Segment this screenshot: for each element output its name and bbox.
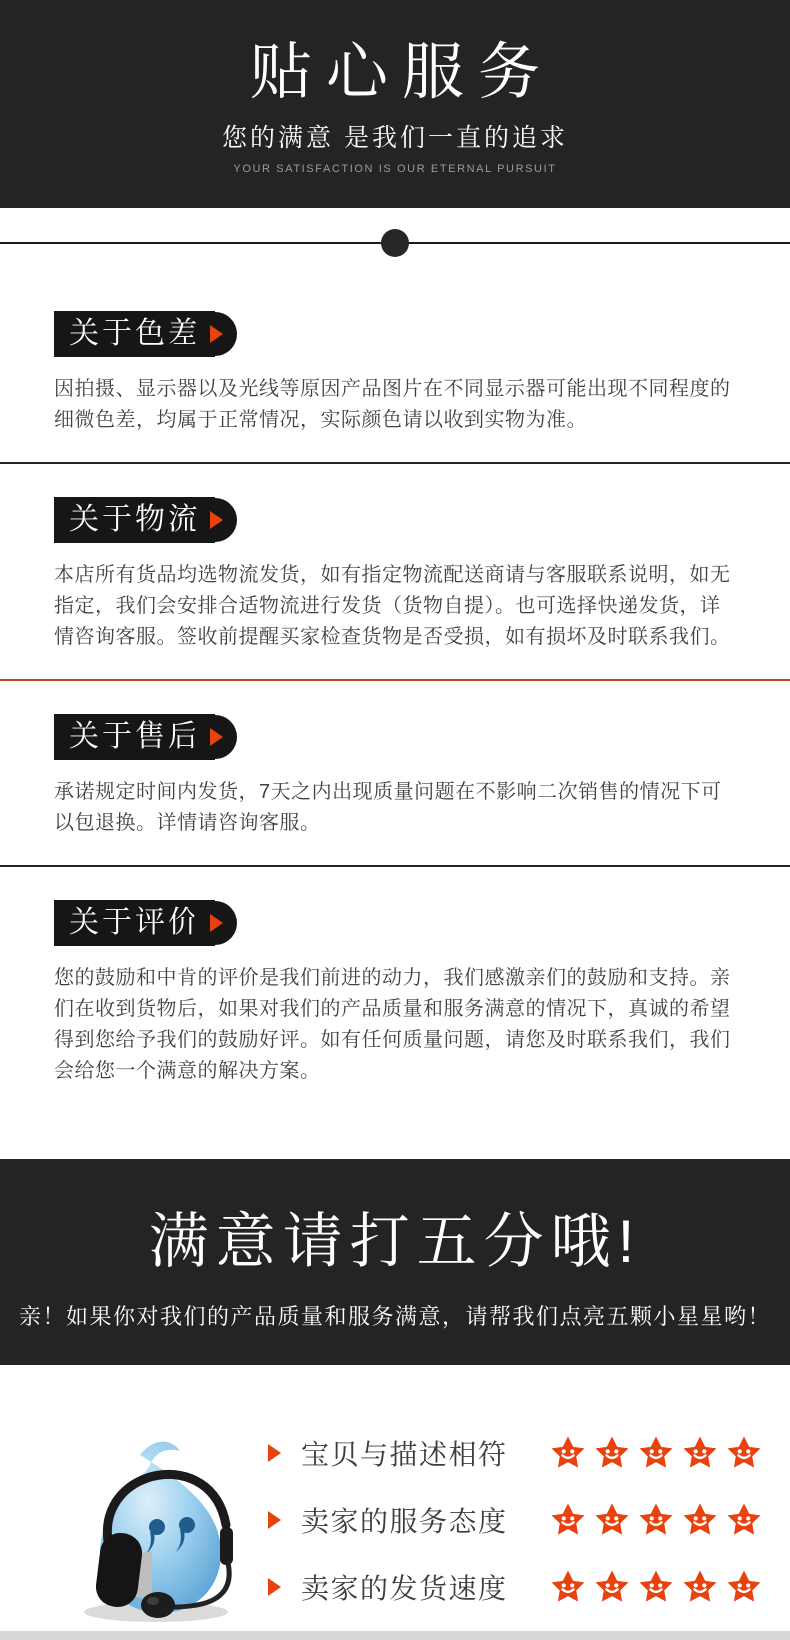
smiley-star-icon — [593, 1434, 631, 1472]
section-color-difference: 关于色差 因拍摄、显示器以及光线等原因产品图片在不同显示器可能出现不同程度的细微… — [0, 278, 790, 462]
play-arrow-icon — [210, 728, 223, 746]
section-badge: 关于售后 — [54, 714, 215, 760]
section-body-text: 本店所有货品均选物流发货，如有指定物流配送商请与客服联系说明，如无指定，我们会安… — [54, 560, 736, 653]
smiley-star-icon — [681, 1568, 719, 1606]
mic-ball — [141, 1592, 175, 1618]
section-badge-label: 关于售后 — [69, 720, 201, 753]
star-rating — [549, 1501, 763, 1539]
badge-arrow-cap — [193, 312, 237, 356]
smiley-star-icon — [637, 1568, 675, 1606]
section-body-text: 承诺规定时间内发货，7天之内出现质量问题在不影响二次销售的情况下可以包退换。详情… — [54, 777, 736, 839]
section-after-sales: 关于售后 承诺规定时间内发货，7天之内出现质量问题在不影响二次销售的情况下可以包… — [0, 681, 790, 865]
badge-arrow-cap — [193, 901, 237, 945]
rating-row-description-match: 宝贝与描述相符 — [268, 1430, 763, 1477]
page-title: 贴心服务 — [236, 39, 554, 107]
smiley-star-icon — [637, 1434, 675, 1472]
five-star-banner: 满意请打五分哦! 亲！如果你对我们的产品质量和服务满意，请帮我们点亮五颗小星星哟… — [0, 1159, 790, 1365]
smiley-star-icon — [549, 1568, 587, 1606]
play-arrow-icon — [268, 1511, 281, 1529]
rating-label: 卖家的发货速度 — [301, 1567, 541, 1607]
banner-subtitle: 亲！如果你对我们的产品质量和服务满意，请帮我们点亮五颗小星星哟！ — [19, 1300, 771, 1331]
smiley-star-icon — [725, 1501, 763, 1539]
section-badge-label: 关于物流 — [69, 503, 201, 536]
smiley-star-icon — [725, 1434, 763, 1472]
section-logistics: 关于物流 本店所有货品均选物流发货，如有指定物流配送商请与客服联系说明，如无指定… — [0, 464, 790, 679]
play-arrow-icon — [268, 1578, 281, 1596]
banner-title: 满意请打五分哦! — [149, 1194, 642, 1280]
smiley-star-icon — [725, 1568, 763, 1606]
rating-label: 宝贝与描述相符 — [301, 1433, 541, 1473]
section-badge: 关于物流 — [54, 497, 215, 543]
rating-row-service-attitude: 卖家的服务态度 — [268, 1497, 763, 1544]
badge-arrow-cap — [193, 715, 237, 759]
section-badge: 关于评价 — [54, 900, 215, 946]
section-body-text: 您的鼓励和中肯的评价是我们前进的动力，我们感激亲们的鼓励和支持。亲们在收到货物后… — [54, 963, 736, 1087]
smiley-star-icon — [593, 1568, 631, 1606]
rating-label: 卖家的服务态度 — [301, 1500, 541, 1540]
ear-clamp — [220, 1527, 233, 1565]
section-badge-label: 关于色差 — [69, 317, 201, 350]
smiley-star-icon — [593, 1501, 631, 1539]
rating-rows: 宝贝与描述相符 卖家的服务态度 卖家的发货速度 — [268, 1430, 763, 1611]
section-badge: 关于色差 — [54, 311, 215, 357]
hero-header: 贴心服务 您的满意 是我们一直的追求 YOUR SATISFACTION IS … — [0, 0, 790, 208]
dot-ornament — [381, 229, 409, 257]
ratings-block: 宝贝与描述相符 卖家的服务态度 卖家的发货速度 — [0, 1409, 790, 1631]
smiley-star-icon — [549, 1434, 587, 1472]
rating-row-shipping-speed: 卖家的发货速度 — [268, 1564, 763, 1611]
smiley-star-icon — [637, 1501, 675, 1539]
smiley-star-icon — [681, 1434, 719, 1472]
play-arrow-icon — [268, 1444, 281, 1462]
section-badge-label: 关于评价 — [69, 906, 201, 939]
customer-service-mascot — [56, 1409, 246, 1631]
divider-with-dot — [0, 208, 790, 278]
star-rating — [549, 1568, 763, 1606]
play-arrow-icon — [210, 914, 223, 932]
hero-tagline-en: YOUR SATISFACTION IS OUR ETERNAL PURSUIT — [233, 163, 556, 175]
smiley-star-icon — [681, 1501, 719, 1539]
star-rating — [549, 1434, 763, 1472]
smiley-star-icon — [549, 1501, 587, 1539]
service-promo-page: 贴心服务 您的满意 是我们一直的追求 YOUR SATISFACTION IS … — [0, 0, 790, 1640]
hero-subtitle: 您的满意 是我们一直的追求 — [222, 118, 568, 154]
play-arrow-icon — [210, 511, 223, 529]
section-body-text: 因拍摄、显示器以及光线等原因产品图片在不同显示器可能出现不同程度的细微色差，均属… — [54, 374, 736, 436]
section-reviews: 关于评价 您的鼓励和中肯的评价是我们前进的动力，我们感激亲们的鼓励和支持。亲们在… — [0, 867, 790, 1113]
play-arrow-icon — [210, 325, 223, 343]
mic-highlight — [147, 1597, 159, 1605]
footer-strip — [0, 1631, 790, 1640]
badge-arrow-cap — [193, 498, 237, 542]
